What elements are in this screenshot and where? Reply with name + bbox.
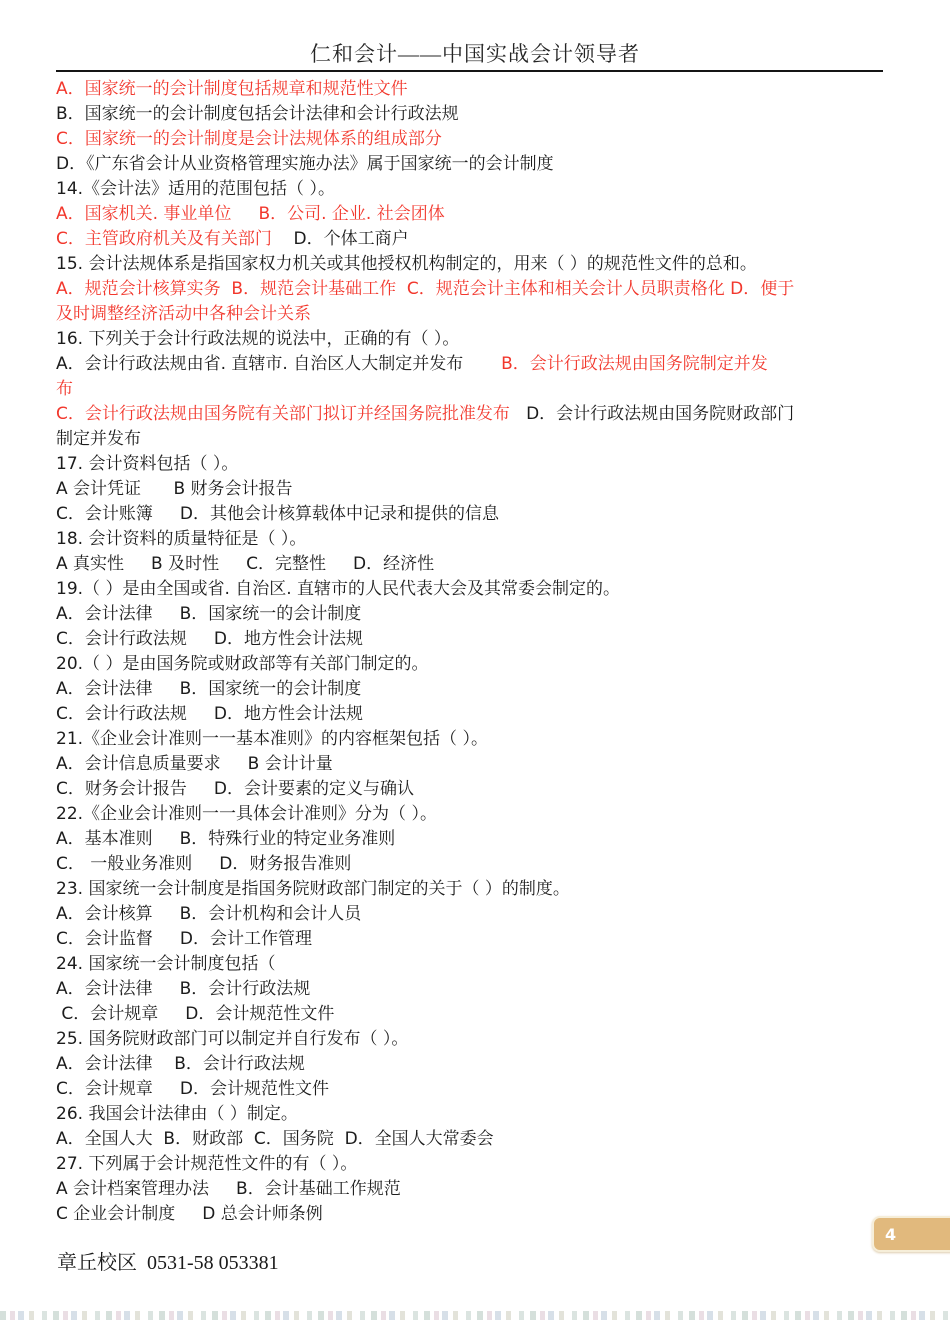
text-line: C．主管政府机关及有关部门 D．个体工商户: [56, 227, 930, 252]
text-line: C．会计监督 D．会计工作管理: [56, 927, 930, 952]
text-line: A．会计法律 B．国家统一的会计制度: [56, 677, 930, 702]
text-segment: A．会计核算 B．会计机构和会计人员: [56, 904, 361, 924]
header-divider: [56, 70, 883, 72]
text-segment: 17. 会计资料包括（ ）。: [56, 454, 238, 474]
text-line: 19.（ ）是由全国或省. 自治区. 直辖市的人民代表大会及其常委会制定的。: [56, 577, 930, 602]
text-segment: 22.《企业会计准则一一具体会计准则》分为（ ）。: [56, 804, 437, 824]
text-line: A．国家机关. 事业单位 B．公司. 企业. 社会团体: [56, 202, 930, 227]
text-line: B．国家统一的会计制度包括会计法律和会计行政法规: [56, 102, 930, 127]
text-segment: A．国家统一的会计制度包括规章和规范性文件: [56, 79, 408, 99]
text-line: 布: [56, 377, 930, 402]
text-line: C．会计规章 D．会计规范性文件: [56, 1077, 930, 1102]
text-line: 22.《企业会计准则一一具体会计准则》分为（ ）。: [56, 802, 930, 827]
text-line: 26. 我国会计法律由（ ）制定。: [56, 1102, 930, 1127]
text-segment: C．财务会计报告 D．会计要素的定义与确认: [56, 779, 414, 799]
text-segment: 19.（ ）是由全国或省. 自治区. 直辖市的人民代表大会及其常委会制定的。: [56, 579, 620, 599]
text-segment: 20.（ ）是由国务院或财政部等有关部门制定的。: [56, 654, 428, 674]
text-segment: 制定并发布: [56, 429, 141, 449]
text-line: C．会计账簿 D．其他会计核算载体中记录和提供的信息: [56, 502, 930, 527]
text-line: C 企业会计制度 D 总会计师条例: [56, 1202, 930, 1227]
text-line: 14.《会计法》适用的范围包括（ ）。: [56, 177, 930, 202]
text-line: 16. 下列关于会计行政法规的说法中，正确的有（ ）。: [56, 327, 930, 352]
text-line: A．会计信息质量要求 B 会计计量: [56, 752, 930, 777]
text-segment: 27. 下列属于会计规范性文件的有（ ）。: [56, 1154, 357, 1174]
text-line: C．国家统一的会计制度是会计法规体系的组成部分: [56, 127, 930, 152]
text-line: 制定并发布: [56, 427, 930, 452]
text-segment: A．会计法律 B．会计行政法规: [56, 1054, 305, 1074]
text-segment: 26. 我国会计法律由（ ）制定。: [56, 1104, 298, 1124]
text-segment: A．会计行政法规由省. 直辖市. 自治区人大制定并发布: [56, 354, 463, 374]
page-number: 4: [885, 1225, 896, 1244]
text-line: 25. 国务院财政部门可以制定并自行发布（ ）。: [56, 1027, 930, 1052]
text-line: A．会计法律 B．会计行政法规: [56, 977, 930, 1002]
text-segment: 16. 下列关于会计行政法规的说法中，正确的有（ ）。: [56, 329, 459, 349]
text-segment: D．个体工商户: [272, 229, 409, 249]
text-segment: C． 一般业务准则 D．财务报告准则: [56, 854, 351, 874]
text-segment: C．会计行政法规 D．地方性会计法规: [56, 704, 363, 724]
bottom-scan-noise: [0, 1311, 950, 1320]
text-segment: C 企业会计制度 D 总会计师条例: [56, 1204, 323, 1224]
text-segment: C．国家统一的会计制度是会计法规体系的组成部分: [56, 129, 442, 149]
text-line: A．基本准则 B．特殊行业的特定业务准则: [56, 827, 930, 852]
text-line: 20.（ ）是由国务院或财政部等有关部门制定的。: [56, 652, 930, 677]
text-segment: 布: [56, 379, 73, 399]
text-line: C．会计规章 D．会计规范性文件: [56, 1002, 930, 1027]
text-segment: A．会计法律 B．国家统一的会计制度: [56, 604, 361, 624]
text-segment: C．会计规章 D．会计规范性文件: [56, 1004, 334, 1024]
text-segment: A 真实性 B 及时性 C．完整性 D．经济性: [56, 554, 434, 574]
text-line: 21.《企业会计准则一一基本准则》的内容框架包括（ ）。: [56, 727, 930, 752]
text-segment: 21.《企业会计准则一一基本准则》的内容框架包括（ ）。: [56, 729, 488, 749]
text-line: 及时调整经济活动中各种会计关系: [56, 302, 930, 327]
text-segment: 23. 国家统一会计制度是指国务院财政部门制定的关于（ ）的制度。: [56, 879, 570, 899]
text-line: A 会计凭证 B 财务会计报告: [56, 477, 930, 502]
text-segment: C．主管政府机关及有关部门: [56, 229, 272, 249]
text-segment: C．会计账簿 D．其他会计核算载体中记录和提供的信息: [56, 504, 499, 524]
text-segment: A．全国人大 B．财政部 C．国务院 D．全国人大常委会: [56, 1129, 494, 1149]
text-segment: A．规范会计核算实务 B．规范会计基础工作 C．规范会计主体和相关会计人员职责格…: [56, 279, 794, 299]
text-line: 15. 会计法规体系是指国家权力机关或其他授权机构制定的，用来（ ）的规范性文件…: [56, 252, 930, 277]
text-line: A．会计核算 B．会计机构和会计人员: [56, 902, 930, 927]
text-line: A．国家统一的会计制度包括规章和规范性文件: [56, 77, 930, 102]
text-line: A 会计档案管理办法 B．会计基础工作规范: [56, 1177, 930, 1202]
page-title: 仁和会计——中国实战会计领导者: [0, 38, 950, 68]
text-segment: A．基本准则 B．特殊行业的特定业务准则: [56, 829, 395, 849]
text-segment: 及时调整经济活动中各种会计关系: [56, 304, 311, 324]
text-line: D．《广东省会计从业资格管理实施办法》属于国家统一的会计制度: [56, 152, 930, 177]
text-line: C．会计行政法规由国务院有关部门拟订并经国务院批准发布 D．会计行政法规由国务院…: [56, 402, 930, 427]
text-segment: A．会计法律 B．会计行政法规: [56, 979, 310, 999]
text-segment: A．国家机关. 事业单位 B．公司. 企业. 社会团体: [56, 204, 445, 224]
text-line: 23. 国家统一会计制度是指国务院财政部门制定的关于（ ）的制度。: [56, 877, 930, 902]
text-line: A．规范会计核算实务 B．规范会计基础工作 C．规范会计主体和相关会计人员职责格…: [56, 277, 930, 302]
text-segment: C．会计行政法规由国务院有关部门拟订并经国务院批准发布: [56, 404, 510, 424]
text-segment: 25. 国务院财政部门可以制定并自行发布（ ）。: [56, 1029, 408, 1049]
text-line: C．会计行政法规 D．地方性会计法规: [56, 627, 930, 652]
campus-contact: 章丘校区 0531-58 053381: [57, 1246, 279, 1275]
text-line: A．全国人大 B．财政部 C．国务院 D．全国人大常委会: [56, 1127, 930, 1152]
text-segment: A．会计信息质量要求 B 会计计量: [56, 754, 333, 774]
text-segment: B．国家统一的会计制度包括会计法律和会计行政法规: [56, 104, 459, 124]
text-segment: C．会计规章 D．会计规范性文件: [56, 1079, 329, 1099]
text-segment: 18. 会计资料的质量特征是（ ）。: [56, 529, 306, 549]
text-segment: 15. 会计法规体系是指国家权力机关或其他授权机构制定的，用来（ ）的规范性文件…: [56, 254, 757, 274]
text-line: 24. 国家统一会计制度包括（: [56, 952, 930, 977]
text-segment: C．会计监督 D．会计工作管理: [56, 929, 312, 949]
text-segment: 24. 国家统一会计制度包括（: [56, 954, 275, 974]
text-line: A 真实性 B 及时性 C．完整性 D．经济性: [56, 552, 930, 577]
text-segment: 14.《会计法》适用的范围包括（ ）。: [56, 179, 335, 199]
text-line: 17. 会计资料包括（ ）。: [56, 452, 930, 477]
text-line: C． 一般业务准则 D．财务报告准则: [56, 852, 930, 877]
text-line: 18. 会计资料的质量特征是（ ）。: [56, 527, 930, 552]
document-page: 仁和会计——中国实战会计领导者 A．国家统一的会计制度包括规章和规范性文件B．国…: [0, 0, 950, 1320]
text-line: A．会计行政法规由省. 直辖市. 自治区人大制定并发布 B．会计行政法规由国务院…: [56, 352, 930, 377]
text-segment: D．《广东省会计从业资格管理实施办法》属于国家统一的会计制度: [56, 154, 554, 174]
text-line: 27. 下列属于会计规范性文件的有（ ）。: [56, 1152, 930, 1177]
text-line: C．财务会计报告 D．会计要素的定义与确认: [56, 777, 930, 802]
text-segment: A 会计凭证 B 财务会计报告: [56, 479, 293, 499]
text-line: A．会计法律 B．国家统一的会计制度: [56, 602, 930, 627]
text-segment: A．会计法律 B．国家统一的会计制度: [56, 679, 361, 699]
text-line: C．会计行政法规 D．地方性会计法规: [56, 702, 930, 727]
text-segment: B．会计行政法规由国务院制定并发: [463, 354, 768, 374]
text-line: A．会计法律 B．会计行政法规: [56, 1052, 930, 1077]
text-segment: A 会计档案管理办法 B．会计基础工作规范: [56, 1179, 401, 1199]
text-segment: C．会计行政法规 D．地方性会计法规: [56, 629, 363, 649]
question-lines: A．国家统一的会计制度包括规章和规范性文件B．国家统一的会计制度包括会计法律和会…: [56, 77, 930, 1227]
page-number-badge: 4: [872, 1216, 950, 1252]
text-segment: D．会计行政法规由国务院财政部门: [510, 404, 794, 424]
